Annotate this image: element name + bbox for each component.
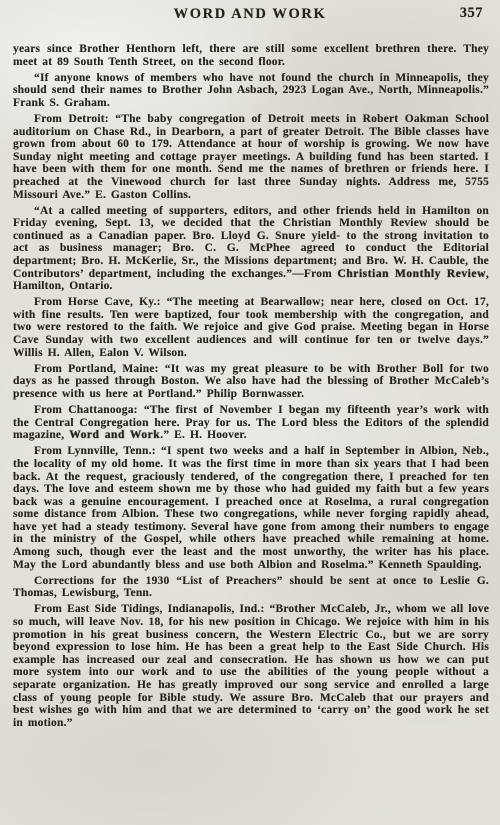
article-body: years since Brother Henthorn left, there… [0,30,500,729]
text-segment: Corrections for the 1930 “List of Preach… [13,575,489,600]
text-segment: From East Side Tidings, Indianapolis, In… [13,603,489,728]
text-segment: .” E. H. Hoover. [160,429,246,441]
text-segment: years since Brother Henthorn left, there… [13,43,489,68]
text-segment: From Detroit: “The baby congregation of … [13,113,489,201]
text-segment: From Lynnville, Tenn.: “I spent two week… [13,445,489,570]
page-number: 357 [460,5,483,22]
paragraph: “If anyone knows of members who have not… [13,72,489,110]
scanned-page: WORD AND WORK 357 years since Brother He… [0,0,500,825]
text-segment: From Horse Cave, Ky.: “The meeting at Be… [13,296,489,358]
paragraph: From Chattanooga: “The first of November… [13,404,489,442]
emphasized-text-segment: Word and Work [69,429,160,441]
paragraph: From Portland, Maine: “It was my great p… [13,363,489,401]
paragraph: From Lynnville, Tenn.: “I spent two week… [13,445,489,571]
paragraph: From East Side Tidings, Indianapolis, In… [13,603,489,729]
journal-title: WORD AND WORK [0,6,500,23]
page-header: WORD AND WORK 357 [0,0,500,30]
text-segment: “If anyone knows of members who have not… [13,72,489,109]
paragraph: “At a called meeting of supporters, edit… [13,205,489,293]
paragraph: From Horse Cave, Ky.: “The meeting at Be… [13,296,489,359]
paragraph: From Detroit: “The baby congregation of … [13,113,489,201]
emphasized-text-segment: Christian Monthly Review [337,268,485,280]
paragraph: Corrections for the 1930 “List of Preach… [13,575,489,600]
text-segment: From Portland, Maine: “It was my great p… [13,363,489,400]
paragraph: years since Brother Henthorn left, there… [13,43,489,68]
